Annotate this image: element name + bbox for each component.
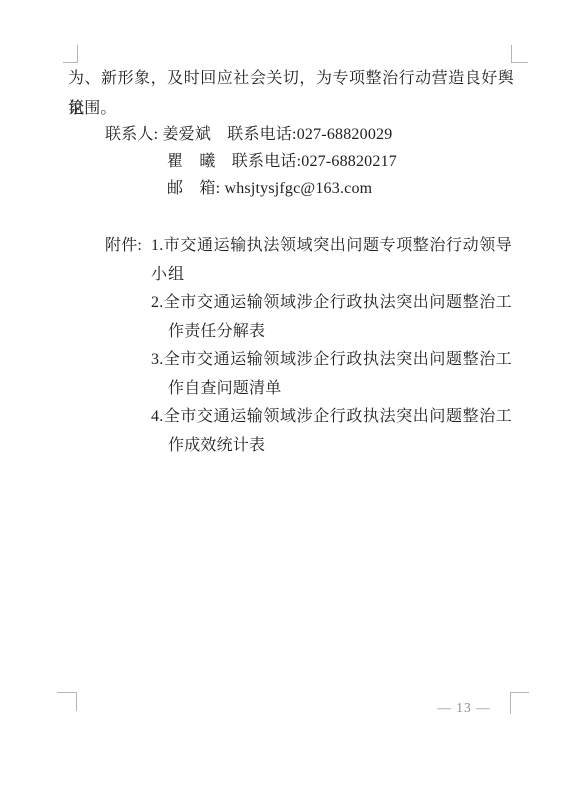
attachment-item-4-line-1: 4.全市交通运输领域涉企行政执法突出问题整治工 <box>151 403 512 432</box>
attachment-item-3-line-2: 作自查问题清单 <box>168 375 514 404</box>
crop-mark-top-right <box>511 45 528 63</box>
attachment-row: 附件: 1.市交通运输执法领域突出问题专项整治行动领导小 <box>68 232 514 261</box>
attachment-label: 附件: <box>105 232 142 261</box>
attachment-row: 作成效统计表 <box>68 432 514 461</box>
attachment-item-3-line-1: 3.全市交通运输领域涉企行政执法突出问题整治工 <box>151 346 512 375</box>
attachment-item-2-line-1: 2.全市交通运输领域涉企行政执法突出问题整治工 <box>151 289 512 318</box>
opening-paragraph: 为、新形象，及时回应社会关切，为专项整治行动营造良好舆论 氛围。 <box>68 64 514 123</box>
page-number: — 13 — <box>424 700 504 716</box>
contact-info-block: 联系人: 姜爱斌 联系电话:027-68820029 瞿 曦 联系电话:027-… <box>68 121 514 202</box>
paragraph-line: 氛围。 <box>68 94 514 124</box>
paragraph-line: 为、新形象，及时回应社会关切，为专项整治行动营造良好舆论 <box>68 64 514 94</box>
attachment-row: 2.全市交通运输领域涉企行政执法突出问题整治工 <box>68 289 514 318</box>
attachment-row: 作责任分解表 <box>68 318 514 347</box>
attachment-row: 3.全市交通运输领域涉企行政执法突出问题整治工 <box>68 346 514 375</box>
attachment-item-2-line-2: 作责任分解表 <box>168 318 514 347</box>
attachment-item-4-line-2: 作成效统计表 <box>168 432 514 461</box>
attachment-row: 组 <box>68 261 514 290</box>
crop-mark-top-left <box>63 45 78 63</box>
contact-line-primary: 联系人: 姜爱斌 联系电话:027-68820029 <box>105 121 514 148</box>
attachment-list: 附件: 1.市交通运输执法领域突出问题专项整治行动领导小 组 2.全市交通运输领… <box>68 232 514 460</box>
contact-line-secondary: 瞿 曦 联系电话:027-68820217 <box>167 148 514 175</box>
attachment-row: 4.全市交通运输领域涉企行政执法突出问题整治工 <box>68 403 514 432</box>
contact-line-email: 邮 箱: whsjtysjfgc@163.com <box>167 175 514 202</box>
attachment-item-1-line-2: 组 <box>168 261 514 290</box>
crop-mark-bottom-left <box>57 692 77 711</box>
crop-mark-bottom-right <box>510 692 529 714</box>
attachment-row: 作自查问题清单 <box>68 375 514 404</box>
document-page: 为、新形象，及时回应社会关切，为专项整治行动营造良好舆论 氛围。 联系人: 姜爱… <box>0 0 582 785</box>
